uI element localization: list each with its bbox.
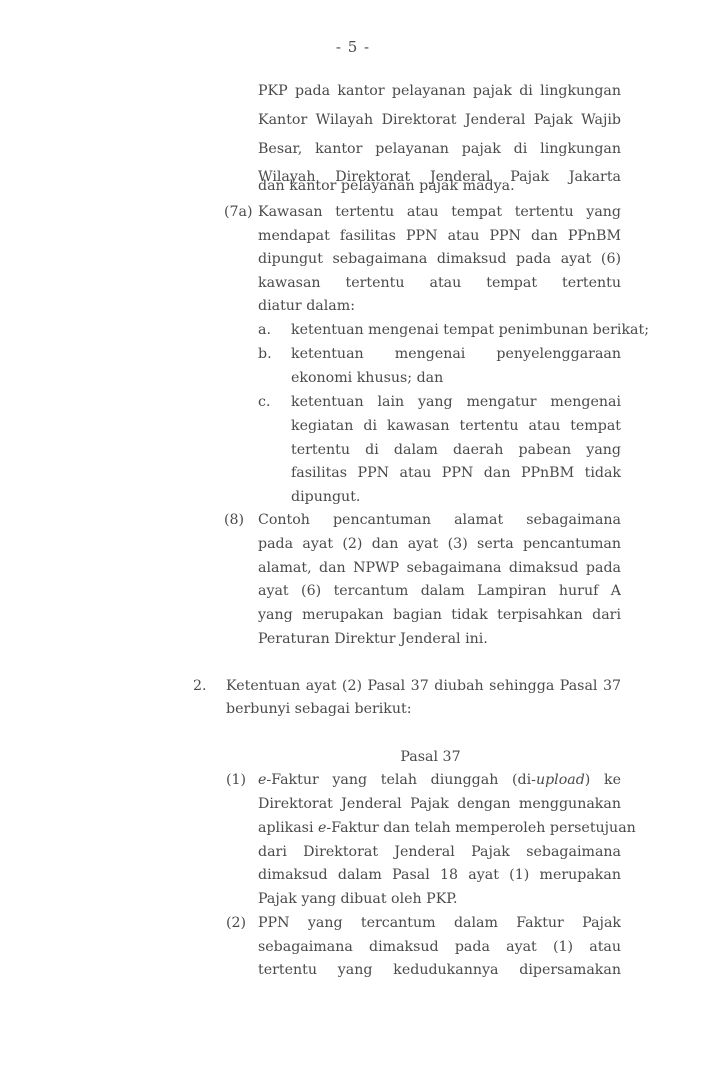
text-line: ketentuan mengenai penyelenggaraan kawas… [291,345,621,363]
text-line: PPN yang tercantum dalam Faktur Pajak [258,914,621,932]
text-line: dipungut sebagaimana dimaksud pada ayat … [258,250,621,268]
text-line: mendapat fasilitas PPN atau PPN dan PPnB… [258,227,621,245]
text-line: ketentuan lain yang mengatur mengenai [291,393,621,411]
text-line: pada ayat (2) dan ayat (3) serta pencant… [258,535,621,553]
text-line: fasilitas PPN atau PPN dan PPnBM tidak [291,464,621,482]
text-line: ekonomi khusus; dan [291,369,443,387]
text-line: dan kantor pelayanan pajak madya. [258,177,515,195]
text-line: Direktorat Jenderal Pajak dengan menggun… [258,795,621,813]
text-line: dari Direktorat Jenderal Pajak sebagaima… [258,843,621,861]
text-line: ayat (6) tercantum dalam Lampiran huruf … [258,582,621,600]
text-line: sebagaimana dimaksud pada ayat (1) atau … [258,938,621,956]
text-line: Kantor Wilayah Direktorat Jenderal Pajak… [258,111,621,129]
text-line: PKP pada kantor pelayanan pajak di lingk… [258,82,621,100]
text-line: berbunyi sebagai berikut: [226,700,412,718]
page-number: - 5 - [0,38,706,56]
text-line: tertentu di dalam daerah pabean yang men… [291,441,621,459]
text-line: Contoh pencantuman alamat sebagaimana di… [258,511,621,529]
ayat-label: (8) [224,511,244,529]
item-label: b. [258,345,272,363]
text-line: e-Faktur yangtelahdiunggah (di-upload) k… [258,771,621,789]
text-line: Peraturan Direktur Jenderal ini. [258,630,488,648]
text-line: Kawasan tertentu atau tempat tertentu ya… [258,203,621,221]
text-span: -Faktur dan telah memperoleh persetujuan [326,820,635,836]
text-line: aplikasi e-Faktur dan telah memperoleh p… [258,819,621,837]
ayat-label: (2) [226,914,246,932]
text-span: aplikasi [258,820,318,836]
italic-text: upload [536,772,585,788]
item-label: c. [258,393,270,411]
article-title: Pasal 37 [0,748,706,766]
text-line: ketentuan mengenai tempat penimbunan ber… [291,321,649,339]
item-label: a. [258,321,271,339]
text-line: diatur dalam: [258,297,355,315]
text-line: Pajak yang dibuat oleh PKP. [258,890,458,908]
text-line: tertentu yang kedudukannya dipersamakan … [258,961,621,979]
text-line: Ketentuan ayat (2) Pasal 37 diubah sehin… [226,677,621,695]
ayat-label: (7a) [224,203,253,221]
ayat-label: (1) [226,771,246,789]
item-number: 2. [193,677,207,695]
italic-text: e [258,772,266,788]
text-line: Besar, kantor pelayanan pajak di lingkun… [258,140,621,158]
text-line: dipungut. [291,488,360,506]
text-line: dimaksud dalam Pasal 18 ayat (1) merupak… [258,866,621,884]
text-line: yang merupakan bagian tidak terpisahkan … [258,606,621,624]
text-line: kegiatan di kawasan tertentu atau tempat [291,417,621,435]
text-line: alamat, dan NPWP sebagaimana dimaksud pa… [258,559,621,577]
text-line: kawasan tertentu atau tempat tertentu se… [258,274,621,292]
